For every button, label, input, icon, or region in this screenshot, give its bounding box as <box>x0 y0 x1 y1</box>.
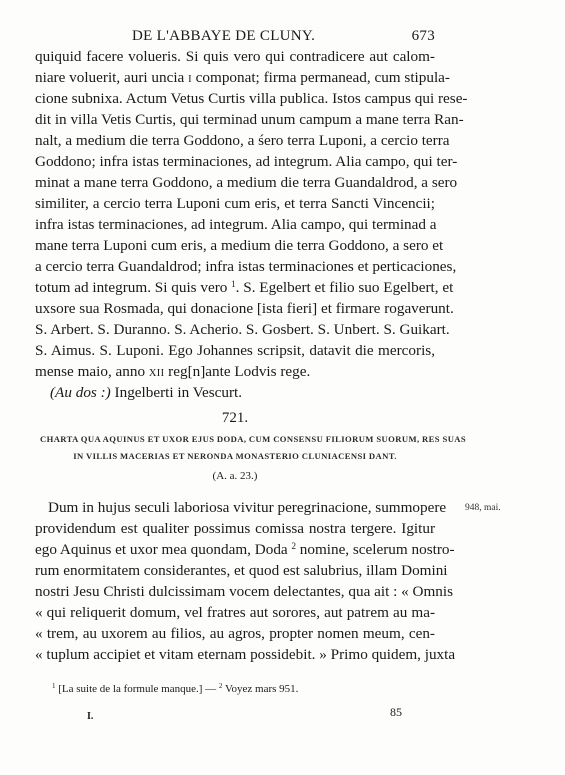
charter-number: 721. <box>35 410 435 427</box>
text-line: nostri Jesu Christi dulcissimam vocem de… <box>35 581 435 602</box>
text-fragment: . S. Egelbert et filio suo Egelbert, et <box>236 279 454 296</box>
text-line: S. Aimus. S. Luponi. Ego Johannes scrips… <box>35 340 435 361</box>
text-line: mane terra Luponi cum eris, a medium die… <box>35 235 435 256</box>
text-line: ego Aquinus et uxor mea quondam, Doda 2 … <box>35 539 435 560</box>
text-line: Dum in hujus seculi laboriosa vivitur pe… <box>48 497 435 518</box>
margin-date: 948, mai. <box>465 503 501 513</box>
text-line: « trem, au uxorem au filios, au agros, p… <box>35 623 435 644</box>
text-fragment: ego Aquinus et uxor mea quondam, Doda <box>35 541 288 558</box>
text-line: providendum est qualiter possimus comiss… <box>35 518 435 539</box>
text-line: dit in villa Vetis Curtis, qui terminad … <box>35 109 435 130</box>
text-line: « tuplum accipiet et vitam eternam possi… <box>35 644 435 665</box>
text-fragment: nomine, scelerum nostro- <box>296 541 455 558</box>
charter-rubric-line-2: IN VILLIS MACERIAS ET NERONDA MONASTERIO… <box>35 451 435 461</box>
text-line: similiter, a cercio terra Luponi cum eri… <box>35 193 435 214</box>
regnal-year: XII <box>149 368 164 379</box>
endorsement-text: Ingelberti in Vescurt. <box>111 384 242 401</box>
text-line: cione subnixa. Actum Vetus Curtis villa … <box>35 88 435 109</box>
text-fragment: reg[n]ante Lodvis rege. <box>164 363 310 380</box>
running-head: DE L'ABBAYE DE CLUNY. 673 <box>35 28 435 48</box>
sheet-number: 85 <box>390 705 402 720</box>
footnote-2-text: Voyez mars 951. <box>222 683 298 695</box>
charter-rubric-line-1: CHARTA QUA AQUINUS ET UXOR EJUS DODA, CU… <box>40 434 432 444</box>
text-line: S. Arbert. S. Duranno. S. Acherio. S. Go… <box>35 319 435 340</box>
text-line: niare voluerit, auri uncia I componat; f… <box>35 67 435 88</box>
endorsement-label: (Au dos :) <box>50 384 111 401</box>
text-line: nalt, a medium die terra Goddono, a śero… <box>35 130 435 151</box>
book-page: DE L'ABBAYE DE CLUNY. 673 quiquid facere… <box>0 0 565 775</box>
text-line: infra istas terminaciones, ad integrum. … <box>35 214 435 235</box>
text-line: uxsore sua Rosmada, qui donacione [ista … <box>35 298 435 319</box>
text-fragment: totum ad integrum. Si quis vero <box>35 279 227 296</box>
text-line: quiquid facere volueris. Si quis vero qu… <box>35 46 435 67</box>
footnote-1-text: [La suite de la formule manque.] — <box>56 683 219 695</box>
text-line: Goddono; infra istas terminaciones, ad i… <box>35 151 435 172</box>
text-line: a cercio terra Guandaldrod; infra istas … <box>35 256 435 277</box>
page-number: 673 <box>412 28 435 45</box>
text-line: mense maio, anno XII reg[n]ante Lodvis r… <box>35 361 435 382</box>
text-line: rum enormitatem considerantes, et quod e… <box>35 560 435 581</box>
endorsement-line: (Au dos :) Ingelberti in Vescurt. <box>50 382 437 403</box>
footnotes: 1 [La suite de la formule manque.] — 2 V… <box>52 682 452 695</box>
signature-mark: I. <box>87 711 93 722</box>
text-fragment: mense maio, anno <box>35 363 149 380</box>
charter-dating: (A. a. 23.) <box>35 470 435 482</box>
text-line: totum ad integrum. Si quis vero 1. S. Eg… <box>35 277 435 298</box>
text-line: « qui reliquerit domum, vel fratres aut … <box>35 602 435 623</box>
text-line: minat a mane terra Goddono, a medium die… <box>35 172 435 193</box>
running-head-title: DE L'ABBAYE DE CLUNY. <box>132 28 315 45</box>
